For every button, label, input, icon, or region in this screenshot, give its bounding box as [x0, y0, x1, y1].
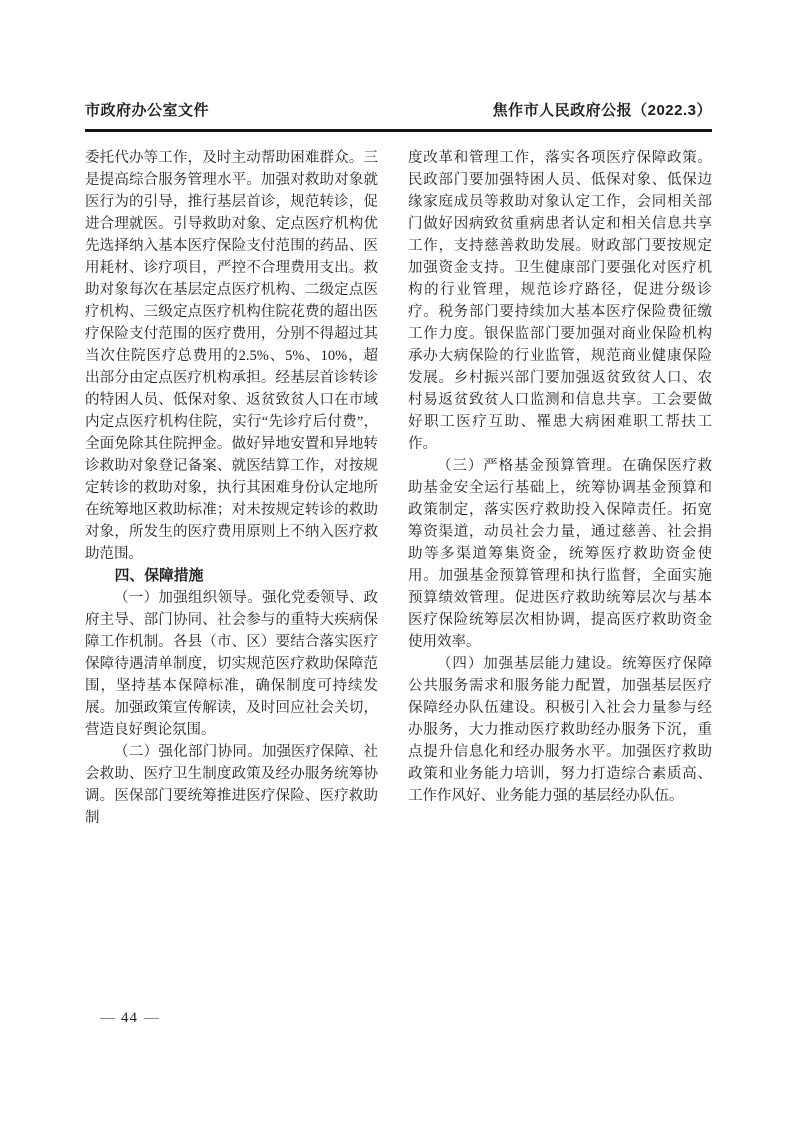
paragraph: （三）严格基金预算管理。在确保医疗救助基金安全运行基础上，统筹协调基金预算和政策…	[408, 455, 712, 653]
page-header: 市政府办公室文件 焦作市人民政府公报（2022.3）	[85, 99, 712, 132]
paragraph: 度改革和管理工作，落实各项医疗保障政策。民政部门要加强特困人员、低保对象、低保边…	[408, 147, 712, 455]
page-footer: — 44 —	[100, 1010, 159, 1027]
two-column-body: 委托代办等工作，及时主动帮助困难群众。三是提高综合服务管理水平。加强对救助对象就…	[85, 147, 712, 829]
paragraph-lead: （四）加强基层能力建设。	[437, 656, 622, 672]
paragraph: （四）加强基层能力建设。统筹医疗保障公共服务需求和服务能力配置，加强基层医疗保障…	[408, 653, 712, 807]
paragraph-lead: （二）强化部门协同。	[114, 744, 262, 760]
header-right-title: 焦作市人民政府公报（2022.3）	[493, 99, 712, 120]
paragraph: （一）加强组织领导。强化党委领导、政府主导、部门协同、社会参与的重特大疾病保障工…	[85, 587, 378, 741]
right-column: 度改革和管理工作，落实各项医疗保障政策。民政部门要加强特困人员、低保对象、低保边…	[408, 147, 712, 829]
header-left-title: 市政府办公室文件	[85, 99, 209, 120]
page-number: 44	[121, 1010, 138, 1027]
paragraph-lead: （一）加强组织领导。	[114, 590, 262, 606]
section-heading: 四、保障措施	[85, 565, 378, 587]
paragraph: （二）强化部门协同。加强医疗保障、社会救助、医疗卫生制度政策及经办服务统筹协调。…	[85, 741, 378, 829]
paragraph-lead: （三）严格基金预算管理。	[437, 458, 622, 474]
footer-dash-left: —	[100, 1010, 115, 1027]
gazette-page: 市政府办公室文件 焦作市人民政府公报（2022.3） 委托代办等工作，及时主动帮…	[0, 0, 793, 1122]
footer-dash-right: —	[144, 1010, 159, 1027]
left-column: 委托代办等工作，及时主动帮助困难群众。三是提高综合服务管理水平。加强对救助对象就…	[85, 147, 378, 829]
paragraph: 委托代办等工作，及时主动帮助困难群众。三是提高综合服务管理水平。加强对救助对象就…	[85, 147, 378, 565]
